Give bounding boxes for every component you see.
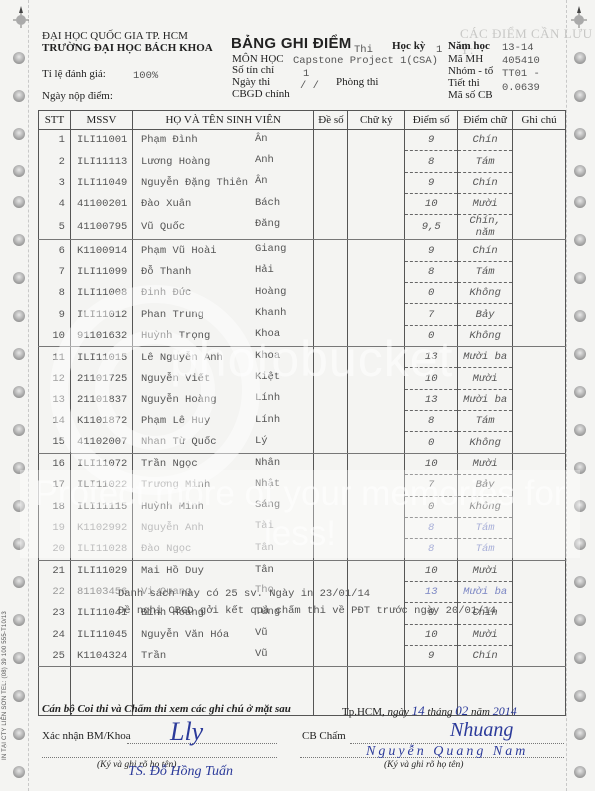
year-value: 13-14 xyxy=(502,42,534,54)
row-student-name: Phạm Vũ HoàiGiang xyxy=(132,240,314,261)
row-stt: 7 xyxy=(39,261,71,282)
row-exam-code[interactable] xyxy=(314,151,348,172)
row-stt: 24 xyxy=(39,624,71,645)
row-student-id: ILI11045 xyxy=(70,624,132,645)
eval-ratio-value: 100% xyxy=(133,70,158,82)
row-student-id: 41100201 xyxy=(70,194,132,215)
row-student-name: Mai Hồ DuyTân xyxy=(132,560,314,581)
row-notes[interactable] xyxy=(513,368,566,389)
row-score-words[interactable]: Mười ba xyxy=(458,347,513,368)
table-row: 3ILI11049Nguyễn Đặng ThiênÂn9Chín xyxy=(39,172,566,193)
table-row: 2ILI11113Lương HoàngAnh8Tám xyxy=(39,151,566,172)
column-header-score: Điểm số xyxy=(405,111,458,130)
group-value: TT01 - xyxy=(502,68,540,80)
row-score[interactable]: 0 xyxy=(405,283,458,304)
row-score-words[interactable]: Mười xyxy=(458,368,513,389)
row-exam-code[interactable] xyxy=(314,624,348,645)
row-score[interactable]: 9 xyxy=(405,130,458,151)
row-notes[interactable] xyxy=(513,215,566,240)
row-student-id: ILI11029 xyxy=(70,560,132,581)
year-value: 2014 xyxy=(493,704,517,718)
right-perforation xyxy=(566,0,567,791)
row-score-words[interactable]: Tám xyxy=(458,411,513,432)
tractor-hole-icon xyxy=(574,766,586,778)
period-label: Tiết thi xyxy=(448,77,480,89)
month-value: 02 xyxy=(455,703,468,718)
row-surname: Lương Hoàng xyxy=(141,156,210,168)
printer-imprint: IN TẠI CTY LIÊN SƠN TEL: (08) 39 100 555… xyxy=(2,611,8,760)
row-stt: 21 xyxy=(39,560,71,581)
instructions-note: Cán bộ Coi thi và Chấm thi xem các ghi c… xyxy=(42,703,291,715)
row-score[interactable]: 10 xyxy=(405,624,458,645)
exam-date-value: / / xyxy=(300,80,319,92)
row-exam-code[interactable] xyxy=(314,411,348,432)
period-value: 0.0639 xyxy=(502,82,540,94)
column-header-mssv: MSSV xyxy=(70,111,132,130)
tractor-hole-icon xyxy=(574,272,586,284)
tractor-hole-icon xyxy=(574,424,586,436)
row-student-name: TrầnVũ xyxy=(132,645,314,666)
credits-label: Số tín chỉ xyxy=(232,64,274,76)
day-label: ngày xyxy=(388,706,409,718)
tractor-hole-icon xyxy=(13,766,25,778)
row-exam-code[interactable] xyxy=(314,215,348,240)
row-exam-code[interactable] xyxy=(314,304,348,325)
row-given-name: Ân xyxy=(255,175,268,187)
student-count-note: Danh sách này có 25 sv. Ngày in 23/01/14 xyxy=(118,588,370,600)
tractor-hole-icon xyxy=(13,576,25,588)
tractor-hole-icon xyxy=(574,386,586,398)
row-notes[interactable] xyxy=(513,347,566,368)
row-score-words[interactable]: Mười xyxy=(458,194,513,215)
row-signature[interactable] xyxy=(348,194,405,215)
row-exam-code[interactable] xyxy=(314,389,348,410)
row-signature[interactable] xyxy=(348,261,405,282)
staff-code-label: Mã số CB xyxy=(448,89,493,101)
row-notes[interactable] xyxy=(513,194,566,215)
row-signature[interactable] xyxy=(348,560,405,581)
row-surname: Trần xyxy=(141,650,166,662)
row-notes[interactable] xyxy=(513,172,566,193)
tractor-hole-icon xyxy=(574,348,586,360)
row-student-id: K1104324 xyxy=(70,645,132,666)
row-notes[interactable] xyxy=(513,304,566,325)
department-confirm-label: Xác nhận BM/Khoa xyxy=(42,730,131,742)
row-score-words[interactable]: Mười ba xyxy=(458,389,513,410)
tractor-hole-icon xyxy=(13,690,25,702)
row-score[interactable]: 8 xyxy=(405,411,458,432)
row-given-name: Ân xyxy=(255,133,268,145)
column-header-name: HỌ VÀ TÊN SINH VIÊN xyxy=(132,111,314,130)
row-score[interactable]: 10 xyxy=(405,560,458,581)
row-notes[interactable] xyxy=(513,603,566,624)
row-score-words[interactable]: Không xyxy=(458,432,513,453)
row-exam-code[interactable] xyxy=(314,645,348,666)
row-given-name: Nhân xyxy=(255,457,280,469)
row-score[interactable]: 13 xyxy=(405,389,458,410)
row-stt: 5 xyxy=(39,215,71,240)
table-row: 7ILI11099Đỗ ThanhHải8Tám xyxy=(39,261,566,282)
tractor-hole-icon xyxy=(574,165,586,177)
department-name-line xyxy=(42,757,277,758)
row-stt: 6 xyxy=(39,240,71,261)
table-row: 1ILI11001Phạm ĐìnhÂn9Chín xyxy=(39,130,566,151)
tractor-hole-icon xyxy=(574,614,586,626)
row-stt: 8 xyxy=(39,283,71,304)
tractor-hole-icon xyxy=(574,196,586,208)
tractor-hole-icon xyxy=(13,52,25,64)
table-row: 21ILI11029Mai Hồ DuyTân10Mười xyxy=(39,560,566,581)
lecturer-label: CBGD chính xyxy=(232,88,290,100)
tractor-hole-icon xyxy=(13,165,25,177)
tractor-hole-icon xyxy=(574,652,586,664)
row-signature[interactable] xyxy=(348,283,405,304)
row-given-name: Đăng xyxy=(255,218,280,230)
row-given-name: Lính xyxy=(255,414,280,426)
row-exam-code[interactable] xyxy=(314,194,348,215)
table-row: 441100201Đào XuânBách10Mười xyxy=(39,194,566,215)
row-student-id: 41100795 xyxy=(70,215,132,240)
row-score[interactable]: 9,5 xyxy=(405,215,458,240)
row-given-name: Bách xyxy=(255,197,280,209)
row-exam-code[interactable] xyxy=(314,261,348,282)
row-stt: 23 xyxy=(39,603,71,624)
row-given-name: Tân xyxy=(255,564,274,576)
row-given-name: Vũ xyxy=(255,627,268,639)
row-stt: 9 xyxy=(39,304,71,325)
credits-value: 1 xyxy=(303,68,309,80)
row-score[interactable]: 9 xyxy=(405,172,458,193)
table-row: 6K1100914Phạm Vũ HoàiGiang9Chín xyxy=(39,240,566,261)
row-student-id: ILI11099 xyxy=(70,261,132,282)
tractor-hole-icon xyxy=(13,272,25,284)
tractor-hole-icon xyxy=(574,728,586,740)
row-score-words[interactable]: Chín, năm xyxy=(458,215,513,240)
row-notes[interactable] xyxy=(513,645,566,666)
row-stt: 25 xyxy=(39,645,71,666)
row-exam-code[interactable] xyxy=(314,240,348,261)
row-surname: Vũ Quốc xyxy=(141,221,185,233)
tractor-hole-icon xyxy=(13,348,25,360)
department-signature[interactable]: Lly xyxy=(170,717,203,747)
row-notes[interactable] xyxy=(513,240,566,261)
row-score[interactable]: 7 xyxy=(405,304,458,325)
row-surname: Phạm Đình xyxy=(141,134,198,146)
row-student-id: ILI11113 xyxy=(70,151,132,172)
row-student-id: K1100914 xyxy=(70,240,132,261)
row-given-name: Anh xyxy=(255,154,274,166)
row-given-name: Giang xyxy=(255,243,287,255)
table-row: 541100795Vũ QuốcĐăng9,5Chín, năm xyxy=(39,215,566,240)
registration-mark-icon xyxy=(13,6,29,26)
row-stt: 4 xyxy=(39,194,71,215)
tractor-hole-icon xyxy=(574,128,586,140)
tractor-hole-icon xyxy=(574,576,586,588)
column-header-notes: Ghi chú xyxy=(513,111,566,130)
row-signature[interactable] xyxy=(348,389,405,410)
subject-value: Capstone Project 1(CSA) xyxy=(293,55,438,67)
left-perforation xyxy=(28,0,29,791)
row-exam-code[interactable] xyxy=(314,283,348,304)
row-signature[interactable] xyxy=(348,432,405,453)
row-surname: Đỗ Thanh xyxy=(141,266,191,278)
column-header-score-words: Điểm chữ xyxy=(458,111,513,130)
row-signature[interactable] xyxy=(348,624,405,645)
row-notes[interactable] xyxy=(513,411,566,432)
row-notes[interactable] xyxy=(513,560,566,581)
row-notes[interactable] xyxy=(513,325,566,346)
row-score-words[interactable]: Chín xyxy=(458,172,513,193)
month-label: tháng xyxy=(427,706,452,718)
row-notes[interactable] xyxy=(513,261,566,282)
row-signature[interactable] xyxy=(348,172,405,193)
row-signature[interactable] xyxy=(348,240,405,261)
column-header-stt: STT xyxy=(39,111,71,130)
row-given-name: Hải xyxy=(255,264,274,276)
row-given-name: Khanh xyxy=(255,307,287,319)
school-name: TRƯỜNG ĐẠI HỌC BÁCH KHOA xyxy=(42,42,213,54)
row-score-words[interactable]: Chín xyxy=(458,130,513,151)
tractor-hole-icon xyxy=(13,128,25,140)
year-label: năm xyxy=(471,706,490,718)
row-stt: 22 xyxy=(39,581,71,602)
row-score[interactable]: 9 xyxy=(405,240,458,261)
semester-value: 1 xyxy=(436,44,442,56)
group-label: Nhóm - tổ xyxy=(448,65,493,77)
row-notes[interactable] xyxy=(513,130,566,151)
row-score[interactable]: 10 xyxy=(405,194,458,215)
row-student-name: Lương HoàngAnh xyxy=(132,151,314,172)
row-signature[interactable] xyxy=(348,304,405,325)
tractor-hole-icon xyxy=(13,728,25,740)
tractor-hole-icon xyxy=(13,386,25,398)
row-student-name: Vũ QuốcĐăng xyxy=(132,215,314,240)
row-stt: 3 xyxy=(39,172,71,193)
grader-signature[interactable]: Nhuang xyxy=(450,719,513,742)
row-score[interactable]: 8 xyxy=(405,151,458,172)
row-exam-code[interactable] xyxy=(314,560,348,581)
row-stt: 2 xyxy=(39,151,71,172)
row-exam-code[interactable] xyxy=(314,172,348,193)
watermark-brand: photobucket xyxy=(170,330,453,388)
row-surname: Nguyễn Văn Hóa xyxy=(141,629,229,641)
row-score-words[interactable]: Bảy xyxy=(458,304,513,325)
row-student-name: Nguyễn Văn HóaVũ xyxy=(132,624,314,645)
tractor-hole-icon xyxy=(13,234,25,246)
row-signature[interactable] xyxy=(348,411,405,432)
tractor-hole-icon xyxy=(13,90,25,102)
row-signature[interactable] xyxy=(348,151,405,172)
row-student-name: Đỗ ThanhHải xyxy=(132,261,314,282)
row-signature[interactable] xyxy=(348,645,405,666)
row-score-words[interactable]: Không xyxy=(458,325,513,346)
place-prefix: Tp.HCM, xyxy=(342,706,385,718)
row-signature[interactable] xyxy=(348,130,405,151)
watermark-tagline: Protect more of your memories for less! xyxy=(20,470,580,558)
tractor-hole-icon xyxy=(13,310,25,322)
page-title: BẢNG GHI ĐIỂM xyxy=(231,35,352,52)
row-score-words[interactable]: Chín xyxy=(458,645,513,666)
course-code-label: Mã MH xyxy=(448,53,483,65)
table-row: 24ILI11045Nguyễn Văn HóaVũ10Mười xyxy=(39,624,566,645)
row-stt: 1 xyxy=(39,130,71,151)
tractor-hole-icon xyxy=(13,614,25,626)
table-row: 25K1104324TrầnVũ9Chín xyxy=(39,645,566,666)
row-score-words[interactable]: Mười xyxy=(458,560,513,581)
submission-deadline-note: Đề nghị CBGD gởi kết quả chấm thi về PĐT… xyxy=(118,605,496,617)
row-score[interactable]: 8 xyxy=(405,261,458,282)
row-surname: Phạm Vũ Hoài xyxy=(141,245,217,257)
column-header-exam-code: Đề số xyxy=(314,111,348,130)
tractor-hole-icon xyxy=(574,690,586,702)
row-score-words[interactable]: Mười xyxy=(458,624,513,645)
row-notes[interactable] xyxy=(513,151,566,172)
day-value: 14 xyxy=(412,703,425,718)
department-signer-name: TS. Đỗ Hồng Tuấn xyxy=(128,764,233,780)
row-student-name: Nguyễn Đặng ThiênÂn xyxy=(132,172,314,193)
course-code-value: 405410 xyxy=(502,55,540,67)
submit-date-label: Ngày nộp điểm: xyxy=(42,90,113,102)
tractor-hole-icon xyxy=(574,234,586,246)
tractor-hole-icon xyxy=(574,90,586,102)
eval-ratio-label: Tỉ lệ đánh giá: xyxy=(42,68,106,80)
row-notes[interactable] xyxy=(513,581,566,602)
row-score[interactable]: 9 xyxy=(405,645,458,666)
exam-date-label: Ngày thi xyxy=(232,76,270,88)
row-student-id: ILI11001 xyxy=(70,130,132,151)
registration-mark-icon xyxy=(571,6,587,26)
row-score-words[interactable]: Mười ba xyxy=(458,581,513,602)
row-given-name: Vũ xyxy=(255,648,268,660)
row-notes[interactable] xyxy=(513,432,566,453)
row-student-name: Đào XuânBách xyxy=(132,194,314,215)
grader-label: CB Chấm xyxy=(302,730,346,742)
row-notes[interactable] xyxy=(513,283,566,304)
row-given-name: Hoàng xyxy=(255,286,287,298)
tractor-hole-icon xyxy=(13,424,25,436)
row-surname: Mai Hồ Duy xyxy=(141,565,204,577)
row-score-words[interactable]: Tám xyxy=(458,261,513,282)
grader-signer-name: Nguyễn Quang Nam xyxy=(366,744,528,760)
tractor-hole-icon xyxy=(13,652,25,664)
tractor-hole-icon xyxy=(13,196,25,208)
date-line: Tp.HCM, ngày 14 tháng 02 năm 2014 xyxy=(342,703,517,719)
university-name: ĐẠI HỌC QUỐC GIA TP. HCM xyxy=(42,30,188,42)
semester-label: Học kỳ xyxy=(392,40,425,52)
room-label: Phòng thi xyxy=(336,76,378,88)
row-score-words[interactable]: Không xyxy=(458,283,513,304)
row-student-name: Phạm ĐìnhÂn xyxy=(132,130,314,151)
column-header-signature: Chữ ký xyxy=(348,111,405,130)
row-score[interactable]: 13 xyxy=(405,581,458,602)
row-score-words[interactable]: Chín xyxy=(458,240,513,261)
row-exam-code[interactable] xyxy=(314,432,348,453)
year-label: Năm học xyxy=(448,40,490,52)
row-surname: Đào Xuân xyxy=(141,198,191,210)
row-notes[interactable] xyxy=(513,624,566,645)
row-notes[interactable] xyxy=(513,389,566,410)
row-exam-code[interactable] xyxy=(314,130,348,151)
row-score-words[interactable]: Tám xyxy=(458,151,513,172)
row-signature[interactable] xyxy=(348,215,405,240)
table-header-row: STT MSSV HỌ VÀ TÊN SINH VIÊN Đề số Chữ k… xyxy=(39,111,566,130)
row-given-name: Lý xyxy=(255,435,268,447)
grader-sign-hint: (Ký và ghi rõ họ tên) xyxy=(384,760,463,770)
row-student-id: ILI11049 xyxy=(70,172,132,193)
row-surname: Nguyễn Đặng Thiên xyxy=(141,177,248,189)
tractor-hole-icon xyxy=(574,310,586,322)
row-score[interactable]: 0 xyxy=(405,432,458,453)
grade-sheet-page: IN TẠI CTY LIÊN SƠN TEL: (08) 39 100 555… xyxy=(0,0,595,791)
